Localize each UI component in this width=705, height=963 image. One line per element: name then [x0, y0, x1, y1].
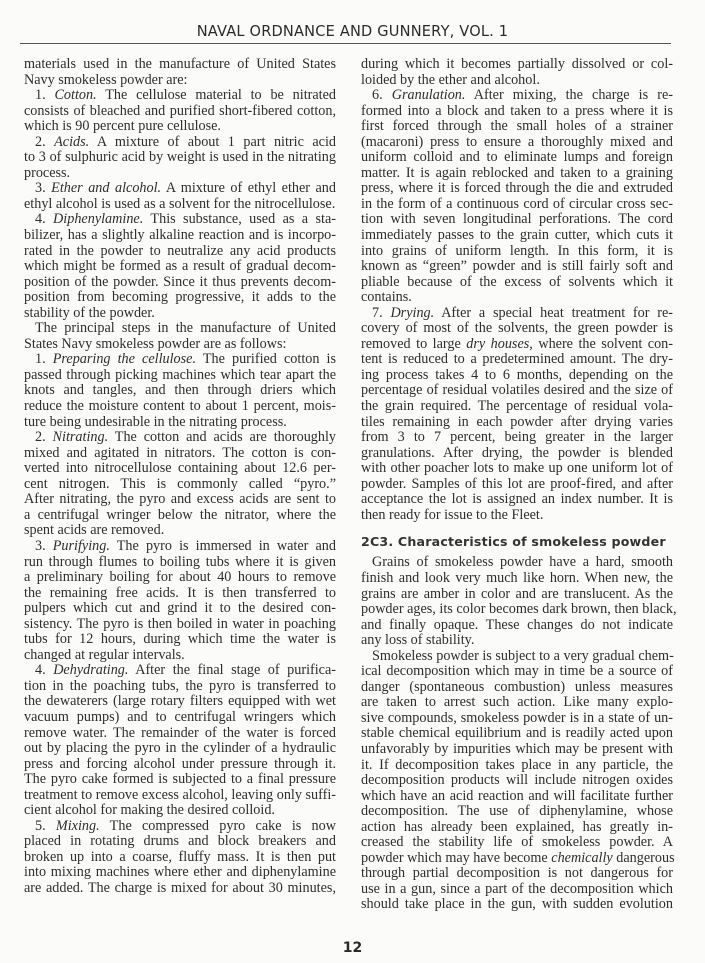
italic-term: Granulation. — [392, 87, 466, 103]
italic-term: Drying. — [390, 305, 434, 321]
text-segment: creased the stability life of smokeless … — [361, 834, 673, 850]
text-segment: powder. Samples of this lot are proof-fi… — [361, 476, 673, 492]
text-segment: first forced through the small holes of … — [361, 118, 673, 134]
text-line: unfavorably by impurities which may be p… — [361, 742, 673, 758]
text-line: the grain required. The percentage of re… — [361, 399, 673, 415]
text-segment: placed in rotating drums and block break… — [24, 833, 336, 849]
text-line: which is 90 percent pure cellulose. — [24, 119, 336, 135]
text-line: removed to large dry houses, where the s… — [361, 337, 673, 353]
text-segment: formed into a block and taken to a press… — [361, 103, 673, 119]
text-segment: decomposition. The use of diphenylamine,… — [361, 803, 673, 819]
text-segment: consists of bleached and purified short-… — [24, 103, 336, 119]
text-segment: knots and tangles, and then through drie… — [24, 382, 336, 398]
list-number: 1. — [35, 87, 54, 103]
text-segment: Navy smokeless powder are: — [24, 72, 188, 88]
text-line: press, where it is forced through the di… — [361, 181, 673, 197]
header-rule — [20, 43, 671, 44]
running-header: NAVAL ORDNANCE AND GUNNERY, VOL. 1 — [21, 22, 684, 40]
text-line: then ready for issue to the Fleet. — [361, 508, 673, 524]
text-line: powder which may have become chemically … — [361, 851, 673, 867]
italic-term: Ether and alcohol. — [51, 180, 161, 196]
italic-term: Mixing. — [56, 818, 100, 834]
text-segment: press and forcing alcohol under pressure… — [24, 756, 336, 772]
text-line: from 3 to 7 percent, being greater in th… — [361, 430, 673, 446]
text-segment: pulpers which cut and grind it to the de… — [24, 600, 336, 616]
text-segment: loided by the ether and alcohol. — [361, 72, 540, 88]
text-line: ical decomposition which may in time be … — [361, 664, 673, 680]
text-segment: matter. It is again reblocked and taken … — [361, 165, 673, 181]
text-line: materials used in the manufacture of Uni… — [24, 57, 336, 73]
text-line: it. If decomposition takes place in any … — [361, 758, 673, 774]
italic-term: Preparing the cellulose. — [53, 351, 196, 367]
text-line: rated in the powder to neutralize any ac… — [24, 244, 336, 260]
text-line: spent acids are removed. — [24, 523, 336, 539]
text-line: press and forcing alcohol under pressure… — [24, 757, 336, 773]
italic-term: chemically — [551, 850, 612, 866]
list-number: 1. — [35, 351, 53, 367]
text-segment: action has already been explained, has g… — [361, 819, 673, 835]
text-segment: Grains of smokeless powder have a hard, … — [372, 554, 673, 570]
page-number: 12 — [0, 940, 705, 956]
text-line: changed at regular intervals. — [24, 648, 336, 664]
text-segment: percentage of residual volatiles desired… — [361, 382, 673, 398]
text-line: during which it becomes partially dissol… — [361, 57, 673, 73]
text-line: any loss of stability. — [361, 633, 673, 649]
text-line: verted into nitrocellulose containing ab… — [24, 461, 336, 477]
text-line: Smokeless powder is subject to a very gr… — [361, 649, 673, 665]
text-line: States Navy smokeless powder are as foll… — [24, 337, 336, 353]
text-segment: it. If decomposition takes place in any … — [361, 757, 673, 773]
text-line: After nitrating, the pyro and excess aci… — [24, 492, 336, 508]
text-segment: The principal steps in the manufacture o… — [35, 320, 336, 336]
text-segment: from 3 to 7 percent, being greater in th… — [361, 429, 673, 445]
text-segment: treatment to remove excess alcohol, leav… — [24, 787, 336, 803]
text-segment: are added. The charge is mixed for about… — [24, 880, 336, 896]
text-segment: a centrifugal wringer below the nitrator… — [24, 507, 336, 523]
text-segment: in the form of a continuous cord of circ… — [361, 196, 673, 212]
text-line: 6. Granulation. After mixing, the charge… — [361, 88, 673, 104]
text-segment: cient alcohol for making the desired col… — [24, 802, 275, 818]
right-column-text-b: Grains of smokeless powder have a hard, … — [361, 555, 673, 913]
list-number: 2. — [35, 429, 53, 445]
italic-term: Diphenylamine. — [53, 211, 143, 227]
text-segment: dangerous — [613, 850, 675, 866]
text-line: 7. Drying. After a special heat treatmen… — [361, 306, 673, 322]
text-line: vacuum pumps) and to centrifugal wringer… — [24, 710, 336, 726]
text-line: 3. Ether and alcohol. A mixture of ethyl… — [24, 181, 336, 197]
text-line: granulations. After drying, the powder i… — [361, 446, 673, 462]
italic-term: Dehydrating. — [53, 662, 128, 678]
text-segment: uniform colloid and to eliminate lumps a… — [361, 149, 673, 165]
text-line: (macaroni) press to ensure a thoroughly … — [361, 135, 673, 151]
left-column: materials used in the manufacture of Uni… — [24, 57, 336, 897]
text-line: grains are amber in color and are transl… — [361, 587, 673, 603]
text-segment: bilizer, has a slightly alkaline reactio… — [24, 227, 336, 243]
text-segment: powder ages, its color becomes dark brow… — [361, 601, 677, 617]
text-line: treatment to remove excess alcohol, leav… — [24, 788, 336, 804]
text-segment: tubs for 12 hours, during which time the… — [24, 631, 336, 647]
text-line: which have an acid reaction and will fac… — [361, 789, 673, 805]
text-line: 1. Cotton. The cellulose material to be … — [24, 88, 336, 104]
text-line: decomposition products will include nitr… — [361, 773, 673, 789]
text-line: tion with seven longitudinal perforation… — [361, 212, 673, 228]
text-segment: spent acids are removed. — [24, 522, 164, 538]
text-line: known as “green” powder and is still fai… — [361, 259, 673, 275]
text-segment: contains. — [361, 289, 412, 305]
text-segment: The compressed pyro cake is now — [100, 818, 336, 834]
text-line: ing process takes 4 to 6 months, dependi… — [361, 368, 673, 384]
list-number: 6. — [372, 87, 392, 103]
text-segment: acceptance the lot is assigned an index … — [361, 491, 673, 507]
text-line: should take place in the gun, with sudde… — [361, 897, 673, 913]
text-segment: changed at regular intervals. — [24, 647, 185, 663]
text-line: powder. Samples of this lot are proof-fi… — [361, 477, 673, 493]
text-segment: After nitrating, the pyro and excess aci… — [24, 491, 336, 507]
text-segment: are taken to arrest such action. Like ma… — [361, 694, 673, 710]
text-segment: into grains of uniform length. In this f… — [361, 243, 673, 259]
text-line: run through flumes to boiling tubs where… — [24, 555, 336, 571]
list-number: 4. — [35, 211, 53, 227]
text-line: stability of the powder. — [24, 306, 336, 322]
text-segment: to 3 of sulphuric acid by weight is used… — [24, 149, 336, 165]
text-line: into grains of uniform length. In this f… — [361, 244, 673, 260]
text-line: consists of bleached and purified short-… — [24, 104, 336, 120]
text-line: into mixing machines where ether and dip… — [24, 865, 336, 881]
text-line: cient alcohol for making the desired col… — [24, 803, 336, 819]
italic-term: Nitrating. — [53, 429, 109, 445]
section-heading-2c3: 2C3. Characteristics of smokeless powder — [361, 534, 673, 550]
list-number: 5. — [35, 818, 56, 834]
text-line: are taken to arrest such action. Like ma… — [361, 695, 673, 711]
text-segment: stability of the powder. — [24, 305, 155, 321]
text-line: sistency. The pyro is then boiled in wat… — [24, 617, 336, 633]
text-line: creased the stability life of smokeless … — [361, 835, 673, 851]
text-segment: After mixing, the charge is re- — [465, 87, 673, 103]
text-segment: which is 90 percent pure cellulose. — [24, 118, 221, 134]
text-line: uniform colloid and to eliminate lumps a… — [361, 150, 673, 166]
text-line: ture being undesirable in the nitrating … — [24, 415, 336, 431]
italic-term: Acids. — [54, 134, 89, 150]
text-line: matter. It is again reblocked and taken … — [361, 166, 673, 182]
text-segment: the remaining free acids. It is then tra… — [24, 585, 336, 601]
text-segment: After the final stage of purifica- — [128, 662, 336, 678]
text-segment: States Navy smokeless powder are as foll… — [24, 336, 286, 352]
text-line: 4. Diphenylamine. This substance, used a… — [24, 212, 336, 228]
text-line: tent is reduced to a predetermined amoun… — [361, 352, 673, 368]
text-segment: unfavorably by impurities which may be p… — [361, 741, 673, 757]
text-segment: decomposition products will include nitr… — [361, 772, 673, 788]
text-line: in the form of a continuous cord of circ… — [361, 197, 673, 213]
text-segment: run through flumes to boiling tubs where… — [24, 554, 336, 570]
text-segment: finish and look very much like horn. Whe… — [361, 570, 673, 586]
text-line: broken up into a coarse, fluffy mass. It… — [24, 850, 336, 866]
text-segment: stable chemical equilibrium and is readi… — [361, 725, 673, 741]
text-line: powder ages, its color becomes dark brow… — [361, 602, 673, 618]
text-segment: granulations. After drying, the powder i… — [361, 445, 673, 461]
text-line: acceptance the lot is assigned an index … — [361, 492, 673, 508]
text-segment: where the solvent con- — [533, 336, 673, 352]
text-line: 5. Mixing. The compressed pyro cake is n… — [24, 819, 336, 835]
right-column-text-a: during which it becomes partially dissol… — [361, 57, 673, 523]
text-line: to 3 of sulphuric acid by weight is used… — [24, 150, 336, 166]
text-segment: The cotton and acids are thoroughly — [108, 429, 336, 445]
text-segment: ical decomposition which may in time be … — [361, 663, 673, 679]
list-number: 3. — [35, 180, 51, 196]
text-segment: grains are amber in color and are transl… — [361, 586, 673, 602]
text-segment: then ready for issue to the Fleet. — [361, 507, 543, 523]
text-line: with other poacher lots to make up one u… — [361, 461, 673, 477]
italic-term: Cotton. — [54, 87, 96, 103]
text-line: and finally opaque. These changes do not… — [361, 618, 673, 634]
text-line: Navy smokeless powder are: — [24, 73, 336, 89]
text-line: process. — [24, 166, 336, 182]
text-line: placed in rotating drums and block break… — [24, 834, 336, 850]
text-segment: press, where it is forced through the di… — [361, 180, 673, 196]
text-segment: remove water. The remainder of the water… — [24, 725, 336, 741]
text-segment: rated in the powder to neutralize any ac… — [24, 243, 336, 259]
text-segment: The purified cotton is — [196, 351, 336, 367]
text-line: covery of most of the solvents, the gree… — [361, 321, 673, 337]
text-segment: tion with seven longitudinal perforation… — [361, 211, 673, 227]
text-segment: tion in the poaching tubs, the pyro is t… — [24, 678, 336, 694]
text-segment: verted into nitrocellulose containing ab… — [24, 460, 336, 476]
text-segment: any loss of stability. — [361, 632, 474, 648]
text-line: sive compounds, smokeless powder is in a… — [361, 711, 673, 727]
text-line: are added. The charge is mixed for about… — [24, 881, 336, 897]
text-line: pulpers which cut and grind it to the de… — [24, 601, 336, 617]
right-column: during which it becomes partially dissol… — [361, 57, 673, 913]
text-line: position of the powder. Since it thus pr… — [24, 275, 336, 291]
text-line: loided by the ether and alcohol. — [361, 73, 673, 89]
text-line: 2. Acids. A mixture of about 1 part nitr… — [24, 135, 336, 151]
text-segment: ture being undesirable in the nitrating … — [24, 414, 287, 430]
text-segment: known as “green” powder and is still fai… — [361, 258, 673, 274]
text-line: passed through picking machines which te… — [24, 368, 336, 384]
text-line: finish and look very much like horn. Whe… — [361, 571, 673, 587]
text-line: first forced through the small holes of … — [361, 119, 673, 135]
text-line: through partial decomposition is not dan… — [361, 866, 673, 882]
text-segment: the grain required. The percentage of re… — [361, 398, 673, 414]
text-line: action has already been explained, has g… — [361, 820, 673, 836]
text-line: the remaining free acids. It is then tra… — [24, 586, 336, 602]
text-segment: position from becoming progressive, it a… — [24, 289, 336, 305]
text-line: mixed and agitated in nitrators. The cot… — [24, 446, 336, 462]
text-segment: during which it becomes partially dissol… — [361, 56, 673, 72]
text-segment: use in a gun, since a part of the decomp… — [361, 881, 673, 897]
text-line: 1. Preparing the cellulose. The purified… — [24, 352, 336, 368]
text-segment: position of the powder. Since it thus pr… — [24, 274, 336, 290]
text-segment: into mixing machines where ether and dip… — [24, 864, 336, 880]
text-segment: cent nitrogen. This is commonly called “… — [24, 476, 336, 492]
text-line: stable chemical equilibrium and is readi… — [361, 726, 673, 742]
text-segment: through partial decomposition is not dan… — [361, 865, 673, 881]
text-segment: tent is reduced to a predetermined amoun… — [361, 351, 673, 367]
text-line: 4. Dehydrating. After the final stage of… — [24, 663, 336, 679]
text-line: remove water. The remainder of the water… — [24, 726, 336, 742]
list-number: 3. — [35, 538, 53, 554]
text-line: use in a gun, since a part of the decomp… — [361, 882, 673, 898]
text-line: formed into a block and taken to a press… — [361, 104, 673, 120]
text-segment: pliable because of the excess of solvent… — [361, 274, 673, 290]
text-segment: Smokeless powder is subject to a very gr… — [372, 648, 674, 664]
text-segment: mixed and agitated in nitrators. The cot… — [24, 445, 336, 461]
text-segment: broken up into a coarse, fluffy mass. It… — [24, 849, 336, 865]
text-line: ethyl alcohol is used as a solvent for t… — [24, 197, 336, 213]
text-segment: This substance, used as a sta- — [143, 211, 336, 227]
text-line: immediately passes to the grain cutter, … — [361, 228, 673, 244]
text-segment: danger (spontaneous combustion) unless m… — [361, 679, 673, 695]
italic-term: Purifying. — [53, 538, 110, 554]
text-segment: The pyro is immersed in water and — [110, 538, 336, 554]
text-segment: vacuum pumps) and to centrifugal wringer… — [24, 709, 336, 725]
text-segment: immediately passes to the grain cutter, … — [361, 227, 673, 243]
text-segment: a preliminary boiling for about 40 hours… — [24, 569, 336, 585]
text-line: reduce the moisture content to about 1 p… — [24, 399, 336, 415]
text-segment: A mixture of ethyl ether and — [161, 180, 336, 196]
text-line: danger (spontaneous combustion) unless m… — [361, 680, 673, 696]
text-line: a centrifugal wringer below the nitrator… — [24, 508, 336, 524]
text-segment: the dewaterers (large rotary filters equ… — [24, 693, 336, 709]
text-segment: which have an acid reaction and will fac… — [361, 788, 673, 804]
text-segment: powder which may have become — [361, 850, 551, 866]
text-segment: The pyro cake formed is subjected to a f… — [24, 771, 336, 787]
text-segment: out by placing the pyro in the cylinder … — [24, 740, 336, 756]
text-segment: (macaroni) press to ensure a thoroughly … — [361, 134, 673, 150]
text-line: cent nitrogen. This is commonly called “… — [24, 477, 336, 493]
text-segment: reduce the moisture content to about 1 p… — [24, 398, 336, 414]
text-line: tubs for 12 hours, during which time the… — [24, 632, 336, 648]
text-line: knots and tangles, and then through drie… — [24, 383, 336, 399]
text-segment: with other poacher lots to make up one u… — [361, 460, 673, 476]
text-line: a preliminary boiling for about 40 hours… — [24, 570, 336, 586]
text-segment: process. — [24, 165, 70, 181]
list-number: 7. — [372, 305, 390, 321]
text-line: position from becoming progressive, it a… — [24, 290, 336, 306]
text-line: 2. Nitrating. The cotton and acids are t… — [24, 430, 336, 446]
text-line: The principal steps in the manufacture o… — [24, 321, 336, 337]
text-line: decomposition. The use of diphenylamine,… — [361, 804, 673, 820]
text-segment: passed through picking machines which te… — [24, 367, 336, 383]
text-segment: which might be formed as a result of gra… — [24, 258, 336, 274]
list-number: 2. — [35, 134, 54, 150]
text-line: The pyro cake formed is subjected to a f… — [24, 772, 336, 788]
text-segment: should take place in the gun, with sudde… — [361, 896, 673, 912]
text-line: out by placing the pyro in the cylinder … — [24, 741, 336, 757]
text-segment: ing process takes 4 to 6 months, dependi… — [361, 367, 673, 383]
text-segment: covery of most of the solvents, the gree… — [361, 320, 673, 336]
text-line: 3. Purifying. The pyro is immersed in wa… — [24, 539, 336, 555]
text-segment: sive compounds, smokeless powder is in a… — [361, 710, 673, 726]
text-segment: tiles remaining in each powder after dry… — [361, 414, 673, 430]
text-segment: A mixture of about 1 part nitric acid — [89, 134, 336, 150]
text-segment: The cellulose material to be nitrated — [97, 87, 336, 103]
list-number: 4. — [35, 662, 53, 678]
text-segment: After a special heat treatment for re- — [434, 305, 673, 321]
text-line: contains. — [361, 290, 673, 306]
text-line: tiles remaining in each powder after dry… — [361, 415, 673, 431]
text-segment: materials used in the manufacture of Uni… — [24, 56, 336, 72]
text-segment: removed to large — [361, 336, 466, 352]
italic-term: dry houses, — [466, 336, 533, 352]
text-line: percentage of residual volatiles desired… — [361, 383, 673, 399]
text-line: tion in the poaching tubs, the pyro is t… — [24, 679, 336, 695]
text-line: which might be formed as a result of gra… — [24, 259, 336, 275]
text-line: the dewaterers (large rotary filters equ… — [24, 694, 336, 710]
text-line: bilizer, has a slightly alkaline reactio… — [24, 228, 336, 244]
text-segment: and finally opaque. These changes do not… — [361, 617, 673, 633]
text-line: pliable because of the excess of solvent… — [361, 275, 673, 291]
text-segment: ethyl alcohol is used as a solvent for t… — [24, 196, 335, 212]
text-line: Grains of smokeless powder have a hard, … — [361, 555, 673, 571]
text-segment: sistency. The pyro is then boiled in wat… — [24, 616, 336, 632]
